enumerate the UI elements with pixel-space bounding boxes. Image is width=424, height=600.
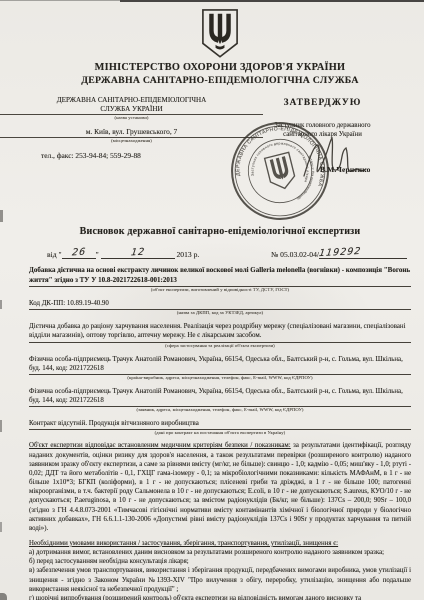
conclusion-body: за результатами ідентифікації, розгляду … bbox=[29, 442, 411, 531]
approve-label: ЗАТВЕРДЖУЮ bbox=[234, 98, 411, 108]
ukraine-trident-icon bbox=[201, 8, 239, 59]
conclusion-lead: Об'єкт експертизи відповідає встановлени… bbox=[29, 442, 291, 449]
stamp-trident-icon bbox=[265, 152, 297, 191]
contract-caption: (дані про контракт на постачання об'єкта… bbox=[29, 430, 411, 435]
document-title: Висновок державної санітарно-епідеміолог… bbox=[29, 226, 411, 237]
handwritten-number: 119292 bbox=[318, 246, 362, 259]
number-label: № 05.03.02-04/ bbox=[271, 250, 319, 259]
date-prefix: від bbox=[47, 250, 57, 259]
condition-item: в) забезпечення умов транспортування, ви… bbox=[29, 566, 411, 593]
quote-mark: " bbox=[96, 250, 99, 259]
conclusion-paragraph: Об'єкт експертизи відповідає встановлени… bbox=[29, 441, 411, 533]
conditions-block: Необхідними умовами використання / засто… bbox=[29, 539, 411, 600]
date-day-underline: 26 bbox=[62, 247, 96, 259]
product-code-field: Код ДК-ПП: 10.89.19-40.90 bbox=[29, 299, 411, 310]
issuer-address-caption: (місцезнаходження) bbox=[29, 138, 234, 144]
issuer-address: м. Київ, вул. Грушевського, 7 bbox=[29, 127, 234, 136]
scope-caption: (сфера застосування та реалізації об'єкт… bbox=[29, 343, 411, 348]
conditions-lead: Необхідними умовами використання / засто… bbox=[29, 540, 338, 547]
handwritten-month: 12 bbox=[130, 247, 145, 259]
condition-item: б) перед застосуванням необхідна консуль… bbox=[29, 557, 411, 566]
expertise-object-field: Добавка дієтична на основі екстракту лич… bbox=[29, 266, 411, 287]
issuer-block: ДЕРЖАВНА САНІТАРНО-ЕПІДЕМІОЛОГІЧНА СЛУЖБ… bbox=[29, 96, 234, 161]
issuer-phone: тел., факс: 253-94-84; 559-29-88 bbox=[29, 151, 234, 160]
date-month-underline: 12 bbox=[101, 247, 175, 259]
date-number-row: від "26" 12 2013 р. № 05.03.02-04/119292 bbox=[47, 247, 407, 259]
number-field: № 05.03.02-04/119292 bbox=[271, 247, 407, 259]
issuer-name-line2: СЛУЖБА УКРАЇНИ bbox=[29, 105, 234, 114]
applicant-field: Фізична особа-підприємець Трачук Анатолі… bbox=[29, 387, 411, 407]
applicant-caption: (заявник, адреса, місцезнаходження, теле… bbox=[29, 407, 411, 412]
expertise-object-caption: (об'єкт експертизи, виготовлений у відпо… bbox=[29, 287, 411, 292]
signature-icon bbox=[296, 130, 388, 188]
scope-field: Дієтична добавка до раціону харчування н… bbox=[29, 322, 411, 342]
issuer-name-line1: ДЕРЖАВНА САНІТАРНО-ЕПІДЕМІОЛОГІЧНА bbox=[29, 96, 234, 105]
product-code-caption: (назва за ДКПП, код за УКТЗЕД, артикул) bbox=[29, 310, 411, 315]
condition-item: а) дотримання вимог, встановлених даним … bbox=[29, 548, 411, 557]
date-field: від "26" 12 2013 р. bbox=[47, 247, 199, 259]
ministry-name: МІНІСТЕРСТВО ОХОРОНИ ЗДОРОВ'Я УКРАЇНИ bbox=[29, 62, 411, 75]
service-name: ДЕРЖАВНА САНІТАРНО-ЕПІДЕМІОЛОГІЧНА СЛУЖБ… bbox=[29, 75, 411, 87]
issuer-name-caption: (назва установи) bbox=[29, 115, 234, 121]
number-underline: 119292 bbox=[319, 247, 407, 259]
ministry-header: МІНІСТЕРСТВО ОХОРОНИ ЗДОРОВ'Я УКРАЇНИ ДЕ… bbox=[29, 62, 411, 87]
manufacturer-caption: (країна-виробник, адреса, місцезнаходжен… bbox=[29, 375, 411, 380]
approver-name: В.М.Черненко bbox=[320, 165, 370, 174]
handwritten-day: 26 bbox=[71, 247, 86, 259]
manufacturer-field: Фізична особа-підприємець Трачук Анатолі… bbox=[29, 355, 411, 375]
condition-item: г) щорічні випробування (розширений конт… bbox=[29, 594, 411, 600]
contract-field: Контракт відсутній. Продукція вітчизняно… bbox=[29, 419, 411, 430]
date-year: 2013 р. bbox=[177, 250, 200, 259]
scanned-document-page: МІНІСТЕРСТВО ОХОРОНИ ЗДОРОВ'Я УКРАЇНИ ДЕ… bbox=[0, 0, 424, 600]
